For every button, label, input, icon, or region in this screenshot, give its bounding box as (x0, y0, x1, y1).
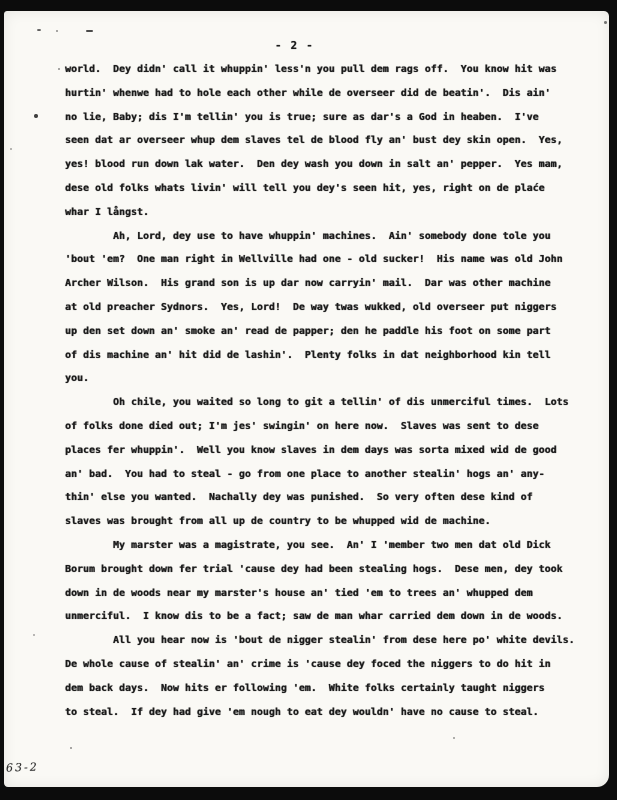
text-line: hurtin' whenwe had to hole each other wh… (65, 82, 597, 106)
page-number: - 2 - (4, 40, 585, 52)
text-line: no lie, Baby; dis I'm tellin' you is tru… (65, 106, 597, 130)
text-line: unmerciful. I know dis to be a fact; saw… (65, 605, 597, 629)
ink-speck (70, 747, 72, 749)
ink-speck (56, 30, 58, 32)
ink-speck (34, 114, 38, 118)
document-page: - 2 - world. Dey didn' call it whuppin' … (4, 11, 609, 787)
text-line: an' bad. You had to steal - go from one … (65, 463, 597, 487)
ink-speck (33, 634, 35, 636)
document-body: world. Dey didn' call it whuppin' less'n… (65, 58, 597, 724)
text-line: down in de woods near my marster's house… (65, 582, 597, 606)
text-line: dem back days. Now hits er following 'em… (65, 677, 597, 701)
text-line: world. Dey didn' call it whuppin' less'n… (65, 58, 597, 82)
text-line: up den set down an' smoke an' read de pa… (65, 320, 597, 344)
text-line: seen dat ar overseer whup dem slaves tel… (65, 129, 597, 153)
text-line: thin' else you wanted. Nachally dey was … (65, 486, 597, 510)
text-line: Oh chile, you waited so long to git a te… (65, 391, 597, 415)
ink-speck (453, 737, 455, 739)
text-line: slaves was brought from all up de countr… (65, 510, 597, 534)
text-line: of dis machine an' hit did de lashin'. P… (65, 344, 597, 368)
ink-speck (10, 148, 12, 150)
text-line: whar I långst. (65, 201, 597, 225)
text-line: All you hear now is 'bout de nigger stea… (65, 629, 597, 653)
text-line: My marster was a magistrate, you see. An… (65, 534, 597, 558)
text-line: of folks done died out; I'm jes' swingin… (65, 415, 597, 439)
ink-speck (86, 30, 93, 32)
text-line: De whole cause of stealin' an' crime is … (65, 653, 597, 677)
text-line: at old preacher Sydnors. Yes, Lord! De w… (65, 296, 597, 320)
text-line: you. (65, 367, 597, 391)
text-line: Borum brought down fer trial 'cause dey … (65, 558, 597, 582)
text-line: 'bout 'em? One man right in Wellville ha… (65, 248, 597, 272)
text-line: Archer Wilson. His grand son is up dar n… (65, 272, 597, 296)
text-line: yes! blood run down lak water. Den dey w… (65, 153, 597, 177)
text-line: dese old folks whats livin' will tell yo… (65, 177, 597, 201)
scan-background: - 2 - world. Dey didn' call it whuppin' … (0, 0, 617, 800)
ink-speck (58, 68, 60, 70)
ink-speck (37, 29, 41, 31)
text-line: places fer whuppin'. Well you know slave… (65, 439, 597, 463)
text-line: Ah, Lord, dey use to have whuppin' machi… (65, 225, 597, 249)
archive-number-annotation: 63-2 (6, 760, 39, 774)
text-line: to steal. If dey had give 'em nough to e… (65, 701, 597, 725)
ink-speck (604, 21, 607, 24)
